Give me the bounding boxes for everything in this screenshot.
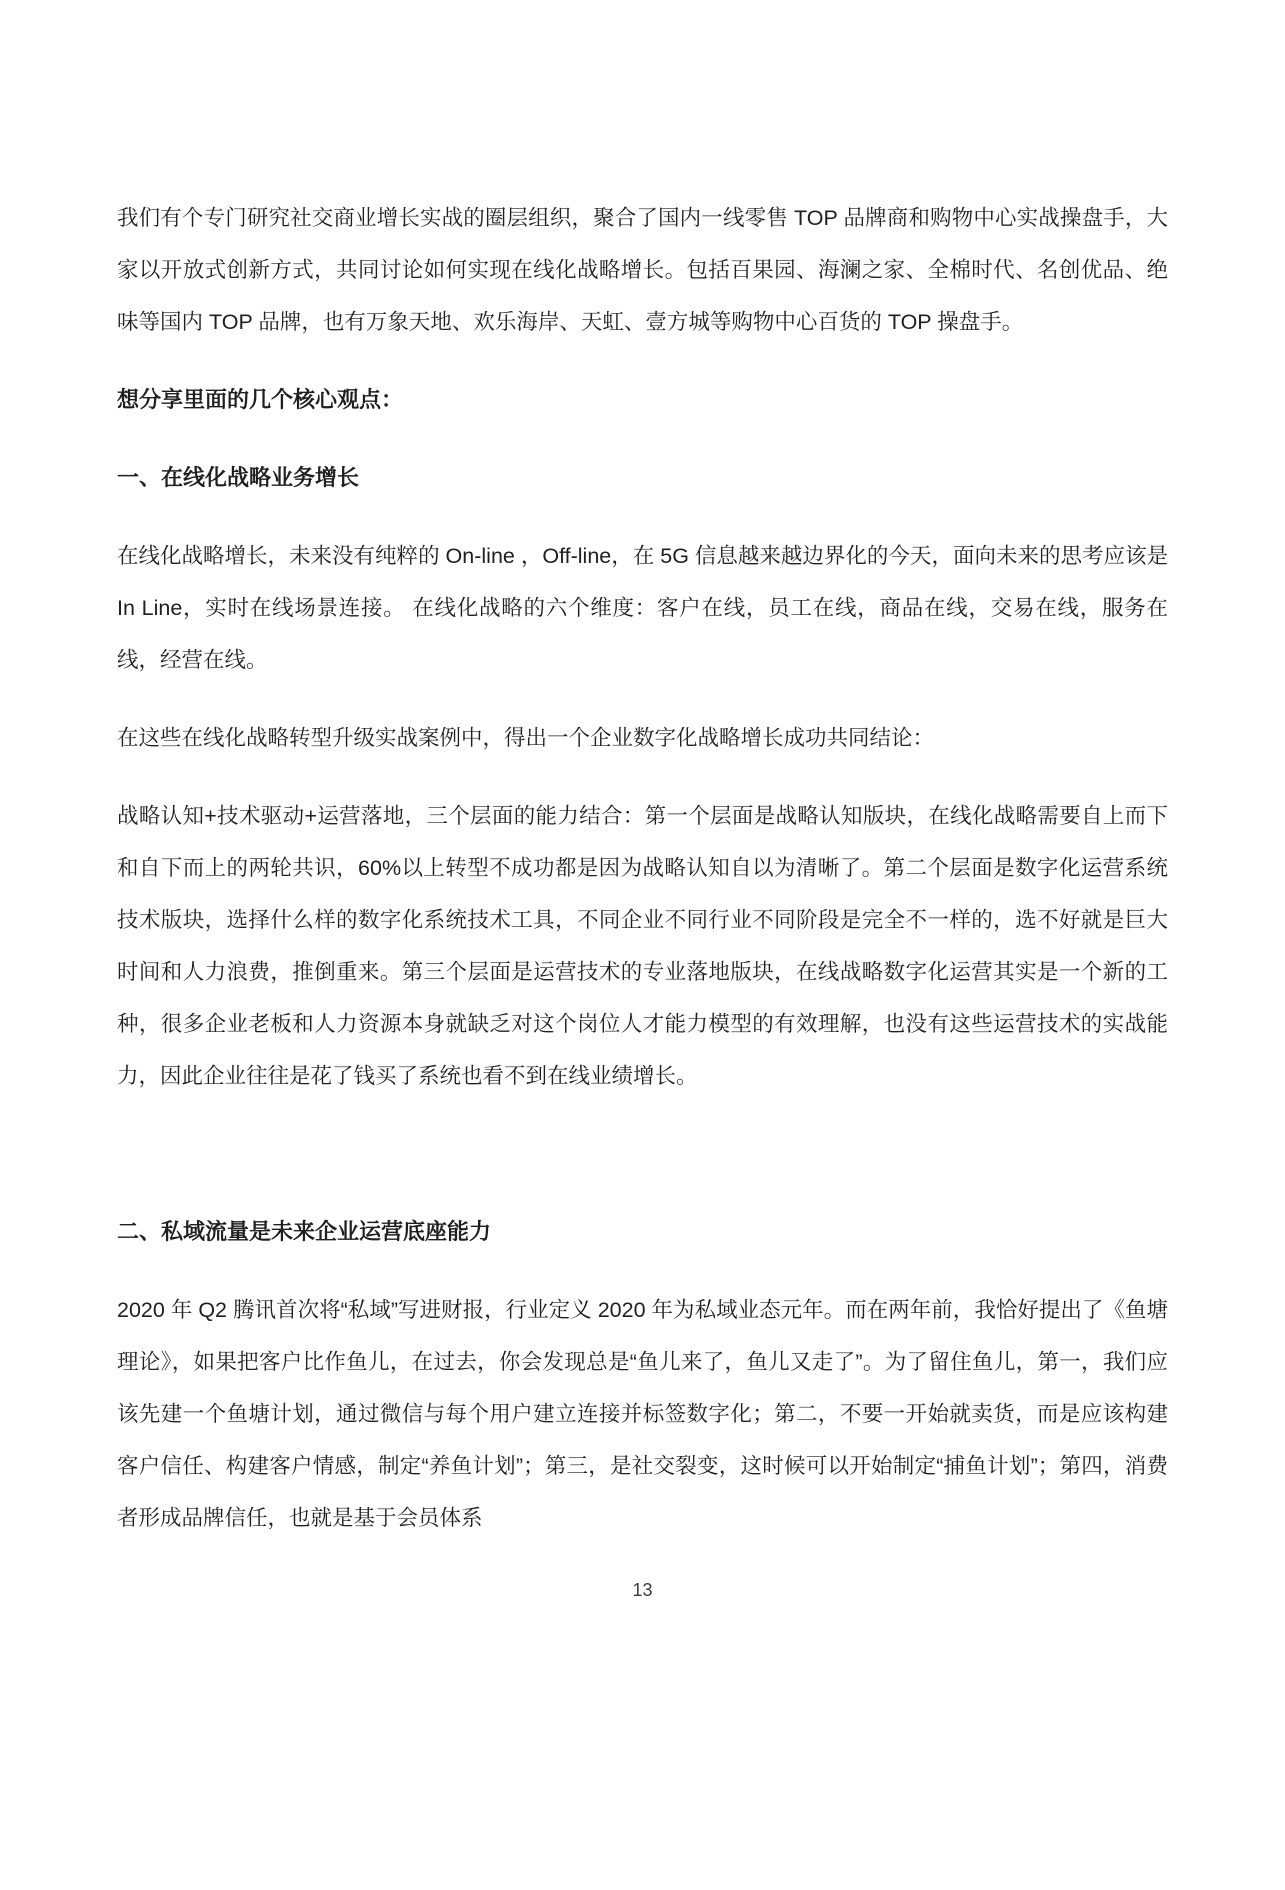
section1-paragraph-1: 在线化战略增长，未来没有纯粹的 On-line ，Off-line，在 5G 信… (117, 530, 1168, 686)
core-points-note: 想分享里面的几个核心观点： (117, 374, 1168, 426)
section1-paragraph-3: 战略认知+技术驱动+运营落地，三个层面的能力结合：第一个层面是战略认知版块，在线… (117, 790, 1168, 1102)
document-page: 我们有个专门研究社交商业增长实战的圈层组织，聚合了国内一线零售 TOP 品牌商和… (0, 0, 1285, 1890)
section1-paragraph-2: 在这些在线化战略转型升级实战案例中，得出一个企业数字化战略增长成功共同结论： (117, 712, 1168, 764)
section1-heading: 一、在线化战略业务增长 (117, 452, 1168, 504)
page-number: 13 (117, 1574, 1168, 1606)
intro-paragraph: 我们有个专门研究社交商业增长实战的圈层组织，聚合了国内一线零售 TOP 品牌商和… (117, 192, 1168, 348)
section2-paragraph-1: 2020 年 Q2 腾讯首次将“私域”写进财报，行业定义 2020 年为私域业态… (117, 1284, 1168, 1544)
section2-heading: 二、私域流量是未来企业运营底座能力 (117, 1206, 1168, 1258)
